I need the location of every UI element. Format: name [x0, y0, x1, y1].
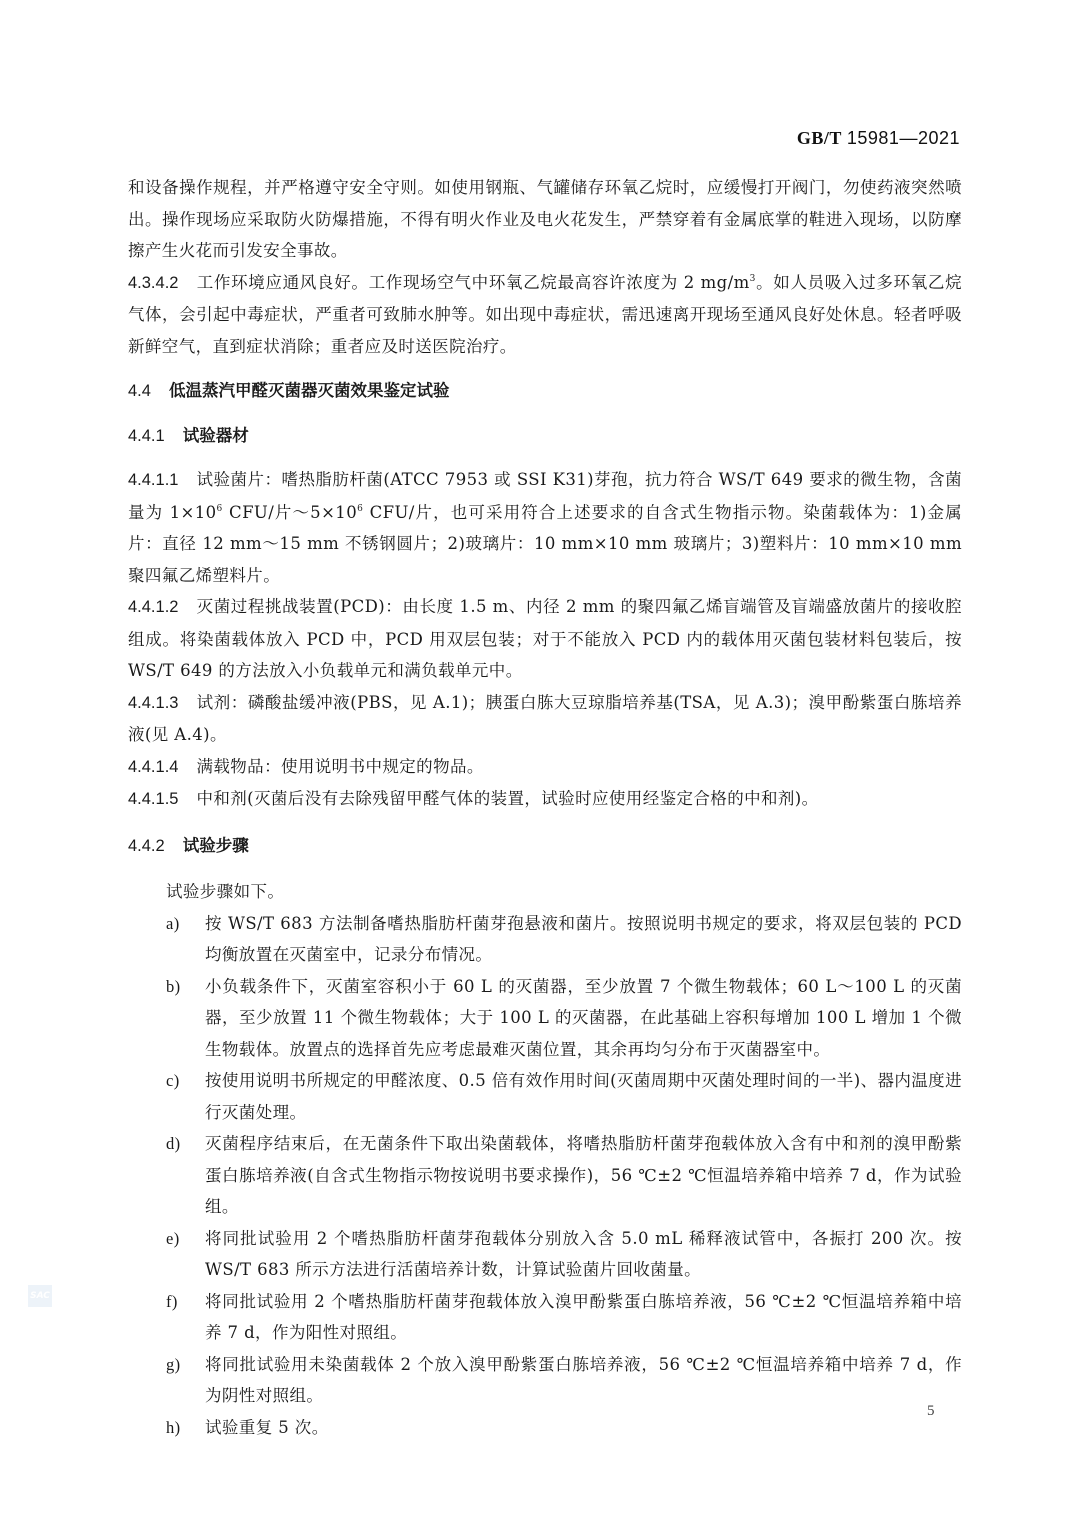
section-title: 试验步骤 — [183, 836, 249, 855]
list-item-text: 按 WS/T 683 方法制备嗜热脂肪杆菌芽孢悬液和菌片。按照说明书规定的要求，… — [205, 908, 962, 971]
clause-text: 工作环境应通风良好。工作现场空气中环氧乙烷最高容许浓度为 2 mg/m — [196, 273, 749, 292]
clause-text: 满载物品：使用说明书中规定的物品。 — [196, 757, 483, 776]
list-item-c: c) 按使用说明书所规定的甲醛浓度、0.5 倍有效作用时间(灭菌周期中灭菌处理时… — [128, 1065, 962, 1128]
list-marker: f) — [166, 1286, 205, 1349]
list-marker: a) — [166, 908, 205, 971]
section-title: 试验器材 — [183, 426, 249, 445]
clause-text: 试剂：磷酸盐缓冲液(PBS，见 A.1)；胰蛋白胨大豆琼脂培养基(TSA，见 A… — [128, 693, 962, 745]
standard-code: GB/T 15981—2021 — [797, 128, 960, 149]
section-heading-4-4: 4.4低温蒸汽甲醛灭菌器灭菌效果鉴定试验 — [128, 375, 962, 408]
document-page: GB/T 15981—2021 和设备操作规程，并严格遵守安全守则。如使用钢瓶、… — [0, 0, 1074, 1520]
standard-prefix: GB/T — [797, 128, 842, 148]
clause-4-4-1-4: 4.4.1.4满载物品：使用说明书中规定的物品。 — [128, 751, 962, 784]
list-item-e: e) 将同批试验用 2 个嗜热脂肪杆菌芽孢载体分别放入含 5.0 mL 稀释液试… — [128, 1223, 962, 1286]
clause-text: 灭菌过程挑战装置(PCD)：由长度 1.5 m、内径 2 mm 的聚四氟乙烯盲端… — [128, 597, 962, 680]
list-item-text: 按使用说明书所规定的甲醛浓度、0.5 倍有效作用时间(灭菌周期中灭菌处理时间的一… — [205, 1065, 962, 1128]
list-item-f: f) 将同批试验用 2 个嗜热脂肪杆菌芽孢载体放入溴甲酚紫蛋白胨培养液，56 ℃… — [128, 1286, 962, 1349]
sac-watermark-icon: SAC — [28, 1285, 52, 1307]
list-item-text: 将同批试验用 2 个嗜热脂肪杆菌芽孢载体放入溴甲酚紫蛋白胨培养液，56 ℃±2 … — [205, 1286, 962, 1349]
list-item-b: b) 小负载条件下，灭菌室容积小于 60 L 的灭菌器，至少放置 7 个微生物载… — [128, 971, 962, 1066]
list-marker: d) — [166, 1128, 205, 1223]
clause-number: 4.4.1.1 — [128, 471, 178, 489]
list-marker: b) — [166, 971, 205, 1066]
list-item-text: 将同批试验用 2 个嗜热脂肪杆菌芽孢载体分别放入含 5.0 mL 稀释液试管中，… — [205, 1223, 962, 1286]
list-item-text: 灭菌程序结束后，在无菌条件下取出染菌载体，将嗜热脂肪杆菌芽孢载体放入含有中和剂的… — [205, 1128, 962, 1223]
section-number: 4.4.2 — [128, 837, 165, 855]
section-number: 4.4 — [128, 382, 151, 400]
list-item-text: 将同批试验用未染菌载体 2 个放入溴甲酚紫蛋白胨培养液，56 ℃±2 ℃恒温培养… — [205, 1349, 962, 1412]
standard-number: 15981—2021 — [847, 128, 960, 148]
list-marker: h) — [166, 1412, 205, 1444]
list-item-d: d) 灭菌程序结束后，在无菌条件下取出染菌载体，将嗜热脂肪杆菌芽孢载体放入含有中… — [128, 1128, 962, 1223]
section-title: 低温蒸汽甲醛灭菌器灭菌效果鉴定试验 — [169, 381, 450, 400]
clause-4-4-1-5: 4.4.1.5中和剂(灭菌后没有去除残留甲醛气体的装置，试验时应使用经鉴定合格的… — [128, 783, 962, 816]
list-item-text: 小负载条件下，灭菌室容积小于 60 L 的灭菌器，至少放置 7 个微生物载体；6… — [205, 971, 962, 1066]
clause-4-4-1-1: 4.4.1.1试验菌片：嗜热脂肪杆菌(ATCC 7953 或 SSI K31)芽… — [128, 464, 962, 591]
list-item-h: h) 试验重复 5 次。 — [128, 1412, 962, 1444]
section-number: 4.4.1 — [128, 427, 165, 445]
page-content: 和设备操作规程，并严格遵守安全守则。如使用钢瓶、气罐储存环氧乙烷时，应缓慢打开阀… — [128, 172, 962, 1443]
clause-4-4-1-3: 4.4.1.3试剂：磷酸盐缓冲液(PBS，见 A.1)；胰蛋白胨大豆琼脂培养基(… — [128, 687, 962, 751]
list-marker: c) — [166, 1065, 205, 1128]
steps-intro: 试验步骤如下。 — [128, 876, 962, 908]
list-item-a: a) 按 WS/T 683 方法制备嗜热脂肪杆菌芽孢悬液和菌片。按照说明书规定的… — [128, 908, 962, 971]
section-heading-4-4-2: 4.4.2试验步骤 — [128, 830, 962, 863]
clause-number: 4.3.4.2 — [128, 274, 178, 292]
clause-text: 中和剂(灭菌后没有去除残留甲醛气体的装置，试验时应使用经鉴定合格的中和剂)。 — [196, 789, 818, 808]
clause-text-cont: CFU/片～5×10 — [223, 503, 357, 522]
list-marker: g) — [166, 1349, 205, 1412]
clause-4-4-1-2: 4.4.1.2灭菌过程挑战装置(PCD)：由长度 1.5 m、内径 2 mm 的… — [128, 591, 962, 687]
clause-number: 4.4.1.4 — [128, 758, 178, 776]
continued-paragraph: 和设备操作规程，并严格遵守安全守则。如使用钢瓶、气罐储存环氧乙烷时，应缓慢打开阀… — [128, 172, 962, 267]
clause-number: 4.4.1.5 — [128, 790, 178, 808]
list-item-g: g) 将同批试验用未染菌载体 2 个放入溴甲酚紫蛋白胨培养液，56 ℃±2 ℃恒… — [128, 1349, 962, 1412]
clause-number: 4.4.1.2 — [128, 598, 178, 616]
section-heading-4-4-1: 4.4.1试验器材 — [128, 420, 962, 453]
clause-4-3-4-2: 4.3.4.2工作环境应通风良好。工作现场空气中环氧乙烷最高容许浓度为 2 mg… — [128, 267, 962, 363]
list-marker: e) — [166, 1223, 205, 1286]
clause-number: 4.4.1.3 — [128, 694, 178, 712]
page-number: 5 — [927, 1403, 935, 1420]
list-item-text: 试验重复 5 次。 — [205, 1412, 962, 1444]
